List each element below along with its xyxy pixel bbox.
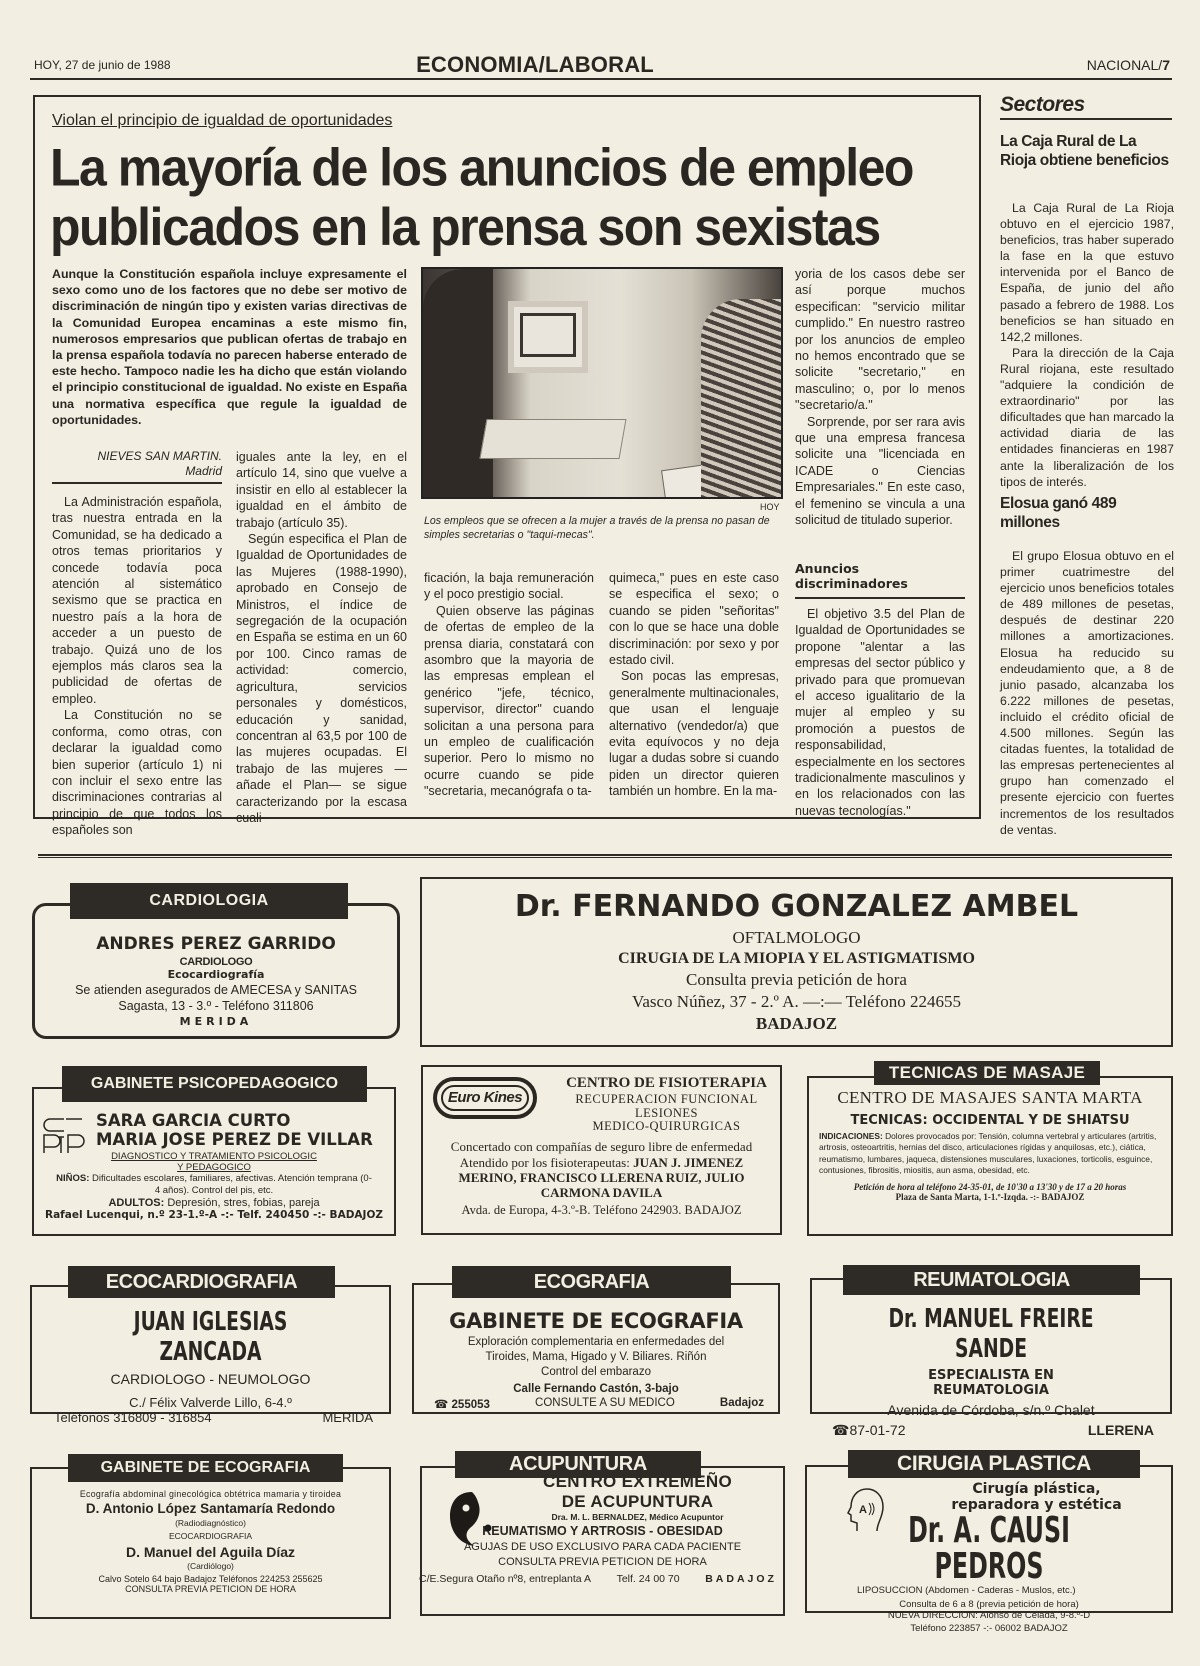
sidebar-story-2-body: El grupo Elosua obtuvo en el primer cuat… [1000, 548, 1174, 838]
article-column-3: ficación, la baja remuneración y el poco… [424, 570, 594, 800]
paragraph: La Administración española, tras nuestra… [52, 494, 222, 707]
paragraph: El grupo Elosua obtuvo en el primer cuat… [1000, 548, 1174, 838]
paragraph: Quien observe las páginas de ofertas de … [424, 603, 594, 800]
photo-caption: Los empleos que se ofrecen a la mujer a … [424, 514, 784, 542]
ad-phone: ☎87-01-72 [832, 1422, 906, 1439]
ad-reumatologia-tab: REUMATOLOGIA [843, 1265, 1140, 1295]
article-kicker: Violan el principio de igualdad de oport… [52, 112, 392, 130]
article-photo [421, 267, 783, 499]
article-column-1: La Administración española, tras nuestra… [52, 494, 222, 839]
ad-name-2: MARIA JOSE PEREZ DE VILLAR [94, 1130, 394, 1149]
ad-name-1: SARA GARCIA CURTO [94, 1111, 394, 1130]
sidebar-rule [1000, 118, 1172, 120]
ad-cardiologia: ANDRES PEREZ GARRIDO CARDIOLOGO Ecocardi… [32, 903, 400, 1039]
ninos-text: Dificultades escolares, familiares, afec… [92, 1173, 372, 1196]
paragraph: Para la dirección de la Caja Rural rioja… [1000, 345, 1174, 490]
byline-place: Madrid [52, 464, 222, 479]
photo-man-figure [423, 269, 493, 499]
subhead-rule [795, 597, 965, 599]
ad-name: Dr. MANUEL FREIRE SANDE [812, 1304, 1170, 1364]
sidebar-story-2-headline: Elosua ganó 489 millones [1000, 494, 1170, 532]
ad-name-2: DE ACUPUNTURA [492, 1492, 783, 1512]
ad-address: Calvo Sotelo 64 bajo Badajoz Teléfonos 2… [32, 1574, 389, 1584]
ad-phone: ☎ 255053 [434, 1397, 490, 1411]
paragraph: La Caja Rural de La Rioja obtuvo en el e… [1000, 200, 1174, 345]
ad-contact-row: C/E.Segura Otaño nº8, entreplanta A Telf… [419, 1573, 783, 1585]
ad-address: Rafael Lucenqui, n.º 23-1.º-A -:- Telf. … [34, 1209, 394, 1221]
ad-name: Dr. FERNANDO GONZALEZ AMBEL [422, 889, 1171, 924]
staff-intro: Atendido por los fisioterapeutas: [460, 1155, 630, 1170]
section-separator-thin [38, 857, 1172, 858]
sidebar-title: Sectores [1000, 93, 1085, 117]
ad-ninos: NIÑOS: Dificultades escolares, familiare… [34, 1173, 394, 1197]
paragraph: yoria de los casos debe ser así porque m… [795, 266, 965, 414]
ad-doctor-2-role: (Cardiólogo) [32, 1561, 389, 1571]
ad-specialty: CIRUGIA DE LA MIOPIA Y EL ASTIGMATISMO [422, 950, 1171, 968]
ad-section-2: ECOCARDIOGRAFIA [32, 1531, 389, 1541]
ad-hours: Consulta de 6 a 8 (previa petición de ho… [807, 1599, 1171, 1610]
header-rule [30, 78, 1172, 80]
adultos-text: Depresión, stres, fobias, pareja [167, 1197, 319, 1209]
byline-rule [52, 482, 222, 484]
ad-specialty-1: Cirugía plástica, [902, 1481, 1171, 1497]
paragraph: ficación, la baja remuneración y el poco… [424, 570, 594, 603]
ad-fisioterapia: Euro Kines CENTRO DE FISIOTERAPIA RECUPE… [421, 1065, 782, 1235]
headline-line-1: La mayoría de los anuncios de empleo [50, 138, 970, 197]
logo-text: Euro Kines [441, 1085, 529, 1111]
article-lead: Aunque la Constitución española incluye … [52, 266, 407, 428]
indications-label: INDICACIONES: [819, 1131, 883, 1141]
photo-credit: HOY [760, 502, 780, 512]
ad-city: Badajoz [720, 1397, 764, 1411]
ad-indications: INDICACIONES: Dolores provocados por: Te… [809, 1128, 1171, 1176]
eurokines-logo-icon: Euro Kines [433, 1077, 537, 1119]
ad-doctor-1: D. Antonio López Santamaría Redondo [32, 1501, 389, 1516]
sidebar-story-1-body: La Caja Rural de La Rioja obtuvo en el e… [1000, 200, 1174, 490]
yin-yang-icon [448, 1490, 494, 1548]
ad-service-1: DIAGNOSTICO Y TRATAMIENTO PSICOLOGIC [34, 1151, 394, 1162]
ad-doctor-1-role: (Radiodiagnóstico) [32, 1518, 389, 1528]
ad-psicopedagogico-tab: GABINETE PSICOPEDAGOGICO [62, 1066, 367, 1102]
ad-masaje-tab: TECNICAS DE MASAJE [874, 1061, 1100, 1085]
ad-note: Consulta previa petición de hora [422, 970, 1171, 990]
section-separator [38, 854, 1172, 856]
ad-gabinete-ecografia: Ecografía abdominal ginecológica obtétri… [30, 1467, 391, 1619]
photo-woman-figure [701, 299, 781, 499]
ad-acupuntura-tab: ACUPUNTURA [455, 1451, 701, 1478]
ad-desc: Ecografía abdominal ginecológica obtétri… [32, 1489, 389, 1499]
ad-doctor: Dra. M. L. BERNALDEZ, Médico Acupuntor [492, 1512, 783, 1522]
sidebar-story-1-headline: La Caja Rural de La Rioja obtiene benefi… [1000, 132, 1170, 170]
ad-insurance: Concertado con compañías de seguro libre… [423, 1139, 780, 1155]
ad-name: JUAN IGLESIAS ZANCADA [32, 1307, 389, 1367]
ad-techniques: TECNICAS: OCCIDENTAL Y DE SHIATSU [809, 1113, 1171, 1128]
paragraph: quimeca," pues en este caso se especific… [609, 570, 779, 668]
ad-hours: Petición de hora al teléfono 24-35-01, d… [809, 1182, 1171, 1192]
ad-desc-2: Tiroides, Mama, Higado y V. Biliares. Ri… [414, 1350, 778, 1365]
ad-acupuntura: CENTRO EXTREMEÑO DE ACUPUNTURA Dra. M. L… [420, 1466, 785, 1616]
page-label: NACIONAL/7 [1087, 57, 1170, 73]
ad-specialty-2: REUMATOLOGIA [812, 1383, 1170, 1398]
ad-address: C/E.Segura Otaño nº8, entreplanta A [419, 1573, 591, 1585]
ad-phone: Telf. 24 00 70 [617, 1573, 680, 1585]
phone-icon: ☎ [832, 1422, 849, 1438]
ad-title: CARDIOLOGO [35, 956, 397, 968]
byline-author: NIEVES SAN MARTIN. [52, 449, 222, 464]
ad-cirugia: A Cirugía plástica, reparadora y estétic… [805, 1465, 1173, 1613]
ad-city: BADAJOZ [422, 1014, 1171, 1034]
paragraph: El objetivo 3.5 del Plan de Igualdad de … [795, 606, 965, 819]
ad-city: MERIDA [35, 1015, 397, 1028]
ad-name: ANDRES PEREZ GARRIDO [35, 934, 397, 954]
ad-title: OFTALMOLOGO [422, 928, 1171, 948]
photo-keyboard [479, 419, 626, 459]
page-section: NACIONAL/ [1087, 57, 1162, 73]
ad-contact-row: Teléfonos 316809 - 316854 MERIDA [32, 1410, 389, 1425]
ad-reumatologia: Dr. MANUEL FREIRE SANDE ESPECIALISTA EN … [810, 1278, 1172, 1414]
ad-gabinete-ecografia-tab: GABINETE DE ECOGRAFIA [68, 1454, 343, 1482]
ad-masaje: CENTRO DE MASAJES SANTA MARTA TECNICAS: … [807, 1076, 1173, 1236]
ad-address: Sagasta, 13 - 3.º - Teléfono 311806 [35, 999, 397, 1013]
ad-doctor-2: D. Manuel del Aguila Díaz [32, 1544, 389, 1560]
ad-cardiologia-tab: CARDIOLOGIA [70, 883, 348, 919]
section-title: ECONOMIA/LABORAL [0, 52, 1070, 78]
article-column-5: yoria de los casos debe ser así porque m… [795, 266, 965, 529]
ad-name: GABINETE DE ECOGRAFIA [414, 1309, 778, 1333]
photo-monitor [508, 301, 588, 373]
ninos-label: NIÑOS: [56, 1173, 89, 1184]
ad-city: BADAJOZ [705, 1573, 777, 1585]
paragraph: Sorprende, por ser rara avis que una emp… [795, 414, 965, 529]
ad-adultos: ADULTOS: Depresión, stres, fobias, parej… [34, 1197, 394, 1209]
ad-sub-3: MEDICO-QUIRURGICAS [553, 1120, 780, 1133]
adultos-label: ADULTOS: [108, 1197, 164, 1209]
ad-address: Plaza de Santa Marta, 1-1.º-Izqda. -:- B… [809, 1192, 1171, 1202]
ad-title: CENTRO DE FISIOTERAPIA [553, 1075, 780, 1092]
ad-specialty-1: ESPECIALISTA EN [812, 1368, 1170, 1383]
ad-psicopedagogico: SARA GARCIA CURTO MARIA JOSE PEREZ DE VI… [32, 1087, 396, 1236]
ad-phone: Teléfono 223857 -:- 06002 BADAJOZ [807, 1623, 1171, 1634]
ad-address: C./ Félix Valverde Lillo, 6-4.º [32, 1395, 389, 1410]
ad-address: Avenida de Córdoba, s/n.º Chalet [812, 1402, 1170, 1418]
ad-address: Avda. de Europa, 4-3.º-B. Teléfono 24290… [423, 1203, 780, 1218]
svg-text:A: A [859, 1504, 867, 1516]
gp-logo-icon [42, 1115, 88, 1155]
byline: NIEVES SAN MARTIN. Madrid [52, 449, 222, 479]
headline-line-2: publicados en la prensa son sexistas [50, 197, 970, 256]
ad-note: CONSULTA PREVIA PETICION DE HORA [32, 1584, 389, 1594]
ad-ecografia-tab: ECOGRAFIA [452, 1266, 731, 1298]
ad-desc-3: Control del embarazo [414, 1365, 778, 1380]
paragraph: Según especifica el Plan de Igualdad de … [236, 531, 407, 826]
ad-ecocardiografia: JUAN IGLESIAS ZANCADA CARDIOLOGO - NEUMO… [30, 1285, 391, 1414]
article-column-4: quimeca," pues en este caso se especific… [609, 570, 779, 800]
page-number: 7 [1162, 57, 1170, 73]
ad-city: MERIDA [322, 1410, 373, 1425]
ad-insurance: Se atienden asegurados de AMECESA y SANI… [35, 983, 397, 997]
ad-desc-1: Exploración complementaria en enfermedad… [414, 1335, 778, 1350]
ad-address: Calle Fernando Castón, 3-bajo [414, 1383, 778, 1395]
ad-name: CENTRO DE MASAJES SANTA MARTA [809, 1088, 1171, 1108]
ad-note-2: CONSULTA PREVIA PETICION DE HORA [422, 1556, 783, 1568]
ad-contact-row: ☎87-01-72 LLERENA [812, 1422, 1170, 1439]
ad-note: CONSULTE A SU MEDICO [535, 1397, 675, 1411]
ad-phones: Teléfonos 316809 - 316854 [54, 1410, 212, 1425]
ad-sub-1: RECUPERACION FUNCIONAL [553, 1092, 780, 1107]
ad-staff: Atendido por los fisioterapeutas: JUAN J… [423, 1155, 780, 1200]
ad-cirugia-tab: CIRUGIA PLASTICA [848, 1450, 1140, 1478]
ad-ecocardiografia-tab: ECOCARDIOGRAFIA [68, 1266, 335, 1298]
ad-service-2: Y PEDAGOGICO [34, 1162, 394, 1173]
ad-title: CARDIOLOGO - NEUMOLOGO [32, 1371, 389, 1387]
paragraph: iguales ante la ley, en el artículo 14, … [236, 449, 407, 531]
ad-city: LLERENA [1088, 1422, 1154, 1439]
ad-address: Vasco Núñez, 37 - 2.º A. —:— Teléfono 22… [422, 992, 1171, 1012]
ad-address: NUEVA DIRECCION: Alonso de Celada, 9-8.º… [807, 1610, 1171, 1621]
ad-oftalmologo: Dr. FERNANDO GONZALEZ AMBEL OFTALMOLOGO … [420, 877, 1173, 1047]
article-headline: La mayoría de los anuncios de empleo pub… [50, 138, 970, 257]
ad-specialty: Ecocardiografía [35, 968, 397, 981]
ad-contact-row: ☎ 255053 CONSULTE A SU MEDICO Badajoz [414, 1397, 778, 1411]
article-column-6: El objetivo 3.5 del Plan de Igualdad de … [795, 606, 965, 819]
article-column-2: iguales ante la ley, en el artículo 14, … [236, 449, 407, 826]
ad-ecografia: GABINETE DE ECOGRAFIA Exploración comple… [412, 1283, 780, 1414]
article-subhead: Anuncios discriminadores [795, 561, 965, 591]
paragraph: Son pocas las empresas, generalmente mul… [609, 668, 779, 799]
phone-icon: ☎ [434, 1399, 448, 1411]
paragraph: La Constitución no se conforma, como otr… [52, 707, 222, 838]
